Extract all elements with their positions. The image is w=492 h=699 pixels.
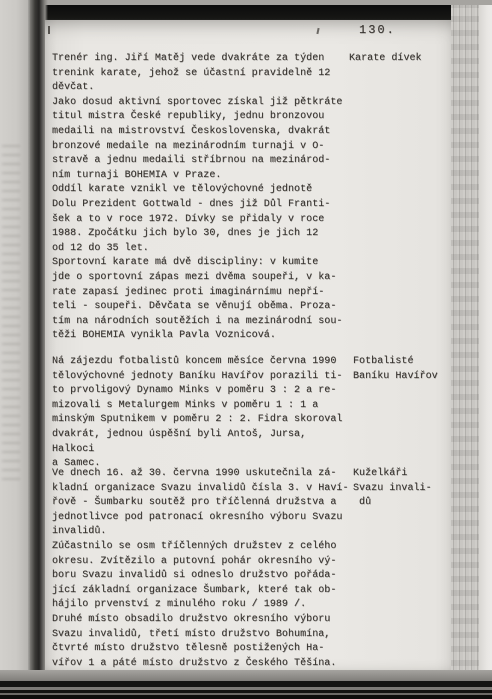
facing-page-showthrough: [2, 140, 20, 480]
scanned-book-photo: 130. Trenér ing. Jiří Matěj vede dvakrát…: [0, 0, 492, 699]
page-number: 130.: [359, 23, 396, 37]
book-fore-edge-outer: [479, 5, 492, 680]
margin-note-karate-divek: Karate dívek: [349, 52, 422, 67]
document-page: 130. Trenér ing. Jiří Matěj vede dvakrát…: [45, 20, 451, 675]
facing-page-edge: [0, 0, 30, 688]
bottom-table-edge: [0, 670, 492, 681]
paragraph-karate-divek: Trenér ing. Jiří Matěj vede dvakráte za …: [52, 52, 354, 344]
scan-artifact-tick: [316, 28, 319, 34]
paragraph-kuzelkari-svazu-invalidu: Ve dnech 16. až 30. června 1990 uskutečn…: [52, 467, 354, 671]
book-fore-edge-pages: [451, 5, 479, 680]
margin-note-fotbaliste: Fotbalisté Baníku Havířov: [353, 355, 438, 384]
scan-artifact-tick: [48, 26, 50, 34]
margin-note-kuzelkari: Kuželkáři Svazu invali- dů: [353, 467, 432, 511]
bottom-dark-band: [0, 695, 492, 699]
paragraph-fotbaliste-baniku: Ná zájezdu fotbalistů koncem měsíce červ…: [52, 355, 354, 472]
